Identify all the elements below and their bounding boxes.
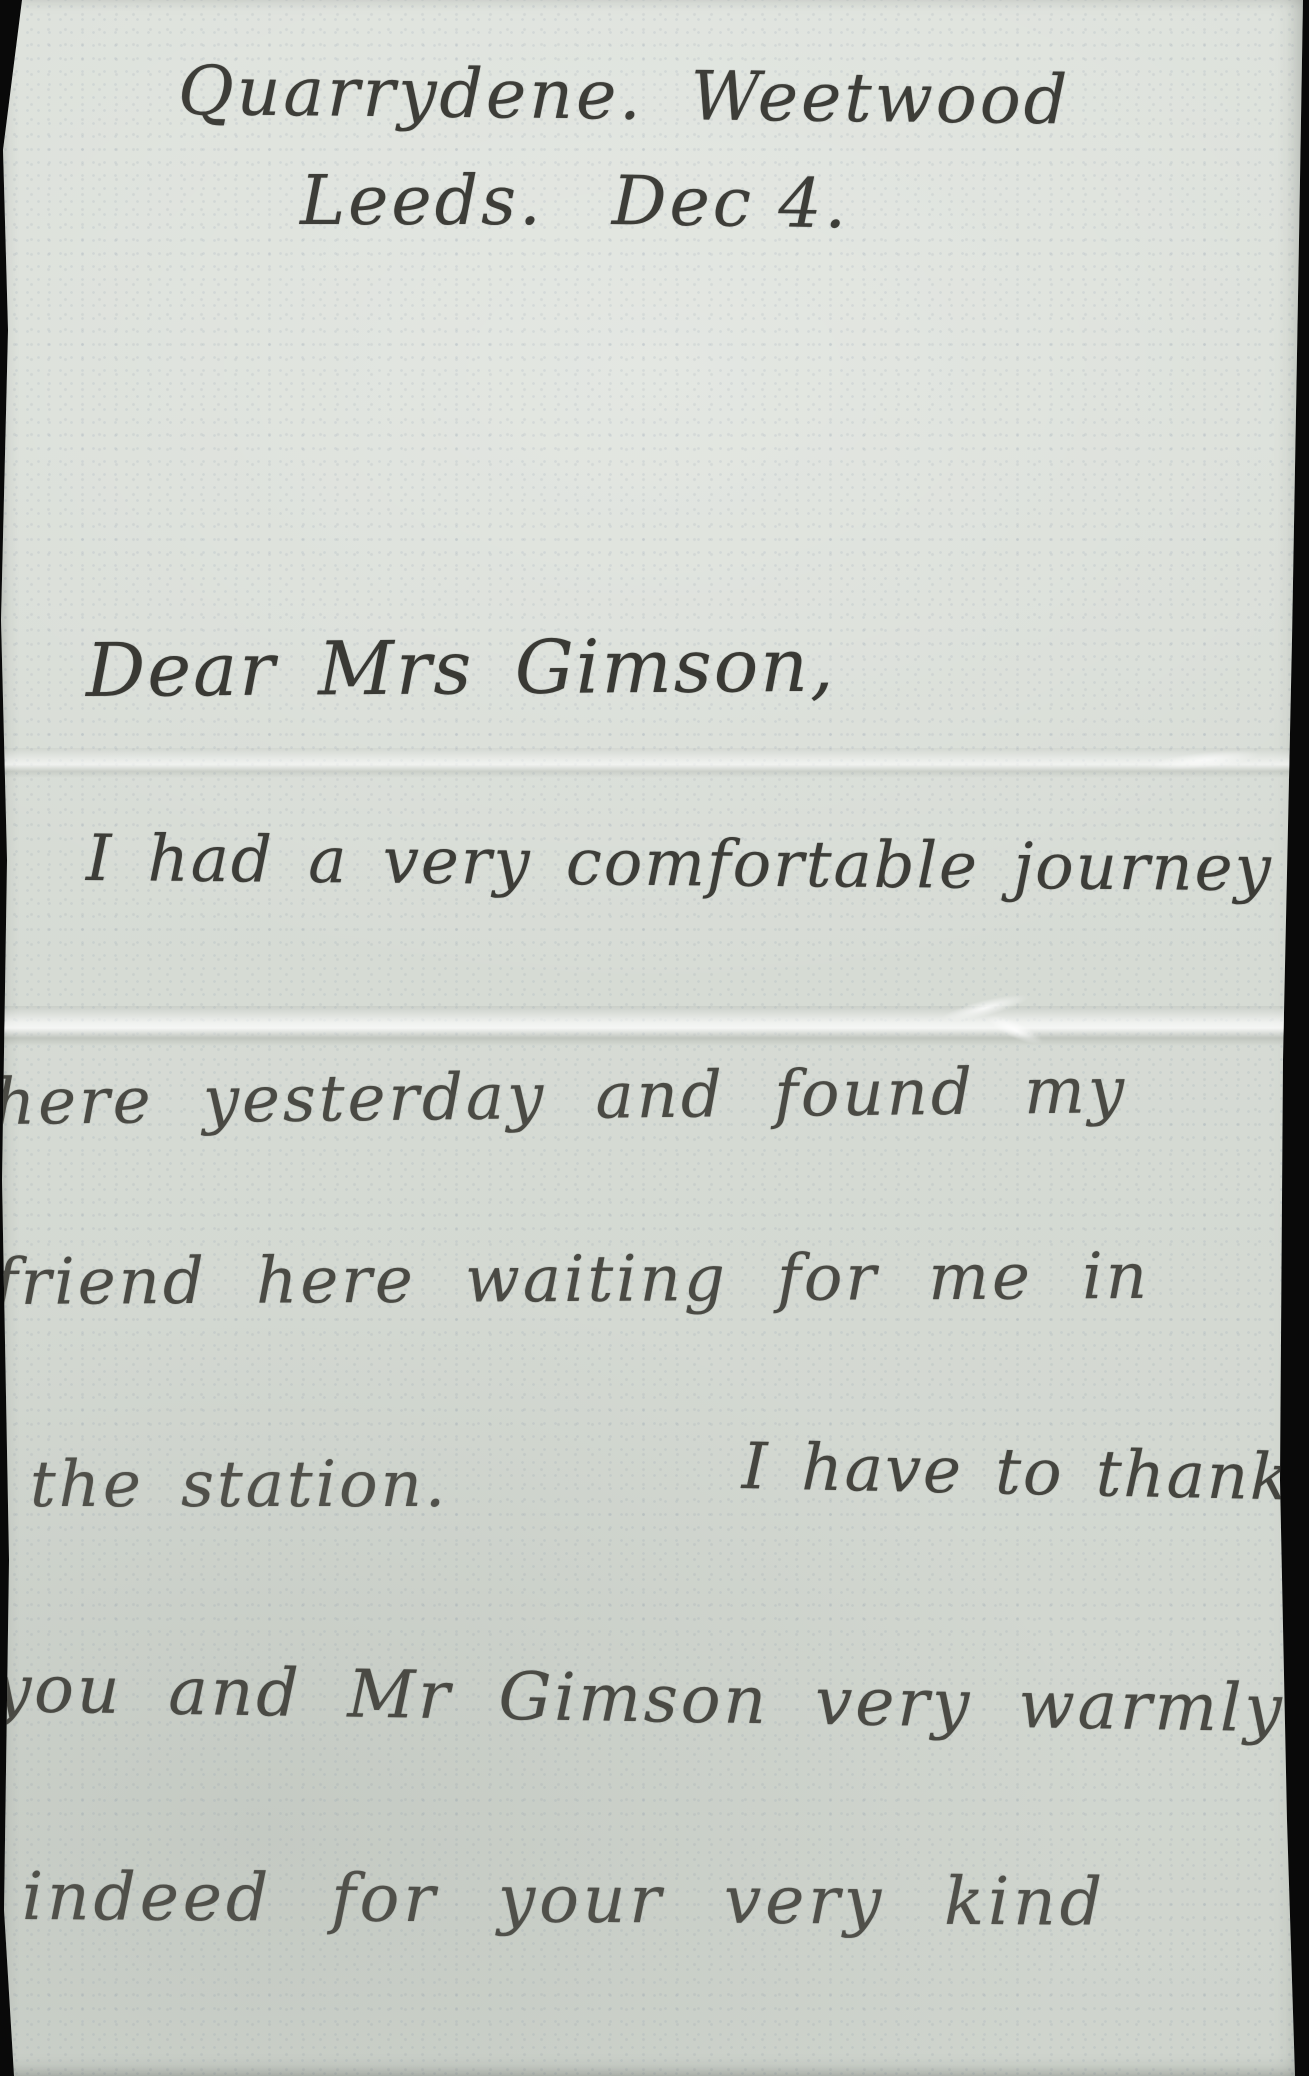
heading-date: Dec 4. xyxy=(611,162,849,244)
heading-place: Leeds. xyxy=(300,162,544,241)
heading-address-line: Quarrydene. Weetwood xyxy=(178,52,1071,140)
paper-wrinkle xyxy=(1149,746,1260,773)
paper-wrinkle xyxy=(939,989,1030,1026)
scanned-letter-page: Quarrydene. Weetwood Leeds. Dec 4. Dear … xyxy=(0,0,1309,2076)
body-line-segment: the station. xyxy=(30,1448,448,1522)
body-line: indeed for your very kind xyxy=(22,1858,1106,1941)
body-line-segment: I have to thank xyxy=(741,1430,1291,1515)
paper-wrinkle xyxy=(984,1010,1045,1049)
body-line: I had a very comfortable journey xyxy=(86,822,1273,906)
fold-crease-upper xyxy=(0,748,1309,778)
body-line: you and Mr Gimson very warmly xyxy=(0,1650,1285,1747)
body-line: friend here waiting for me in xyxy=(0,1240,1150,1320)
body-line: here yesterday and found my xyxy=(0,1054,1127,1140)
fold-crease-lower xyxy=(0,1006,1309,1046)
salutation-line: Dear Mrs Gimson, xyxy=(86,623,836,714)
letter-paper-sheet: Quarrydene. Weetwood Leeds. Dec 4. Dear … xyxy=(0,0,1309,2076)
